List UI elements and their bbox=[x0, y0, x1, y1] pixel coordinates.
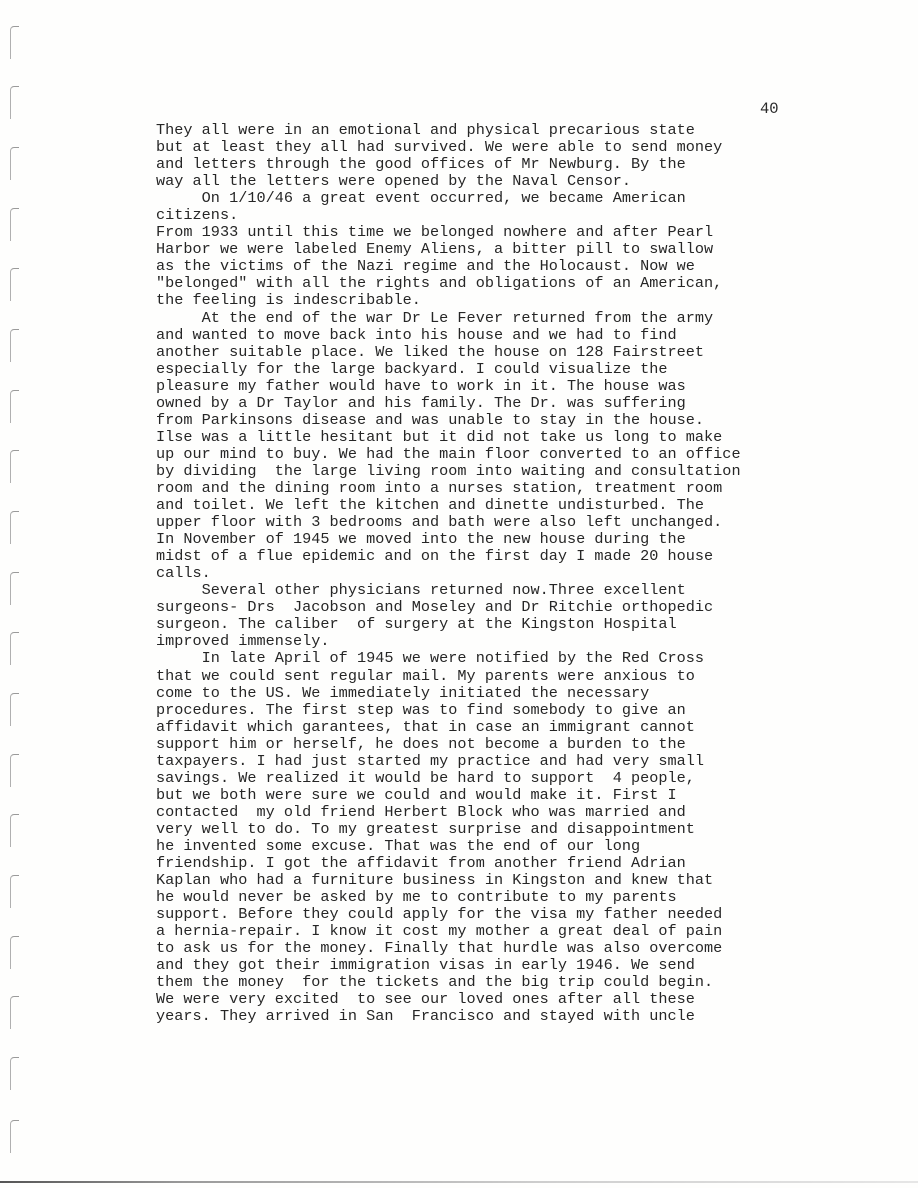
binder-hole-icon bbox=[10, 268, 19, 301]
text-line: that we could sent regular mail. My pare… bbox=[156, 668, 876, 685]
binder-hole-icon bbox=[10, 208, 19, 241]
text-line: room and the dining room into a nurses s… bbox=[156, 480, 876, 497]
text-line: They all were in an emotional and physic… bbox=[156, 122, 876, 139]
binder-hole-icon bbox=[10, 329, 19, 362]
binder-hole-icon bbox=[10, 147, 19, 180]
binder-hole-icon bbox=[10, 450, 19, 483]
text-line: savings. We realized it would be hard to… bbox=[156, 770, 876, 787]
binder-hole-icon bbox=[10, 390, 19, 423]
text-line: them the money for the tickets and the b… bbox=[156, 974, 876, 991]
text-line: citizens. bbox=[156, 207, 876, 224]
binder-hole-icon bbox=[10, 754, 19, 787]
text-line: and letters through the good offices of … bbox=[156, 156, 876, 173]
binder-hole-icon bbox=[10, 875, 19, 908]
text-line: We were very excited to see our loved on… bbox=[156, 991, 876, 1008]
text-line: Several other physicians returned now.Th… bbox=[156, 582, 876, 599]
text-line: but at least they all had survived. We w… bbox=[156, 139, 876, 156]
text-line: procedures. The first step was to find s… bbox=[156, 702, 876, 719]
text-line: upper floor with 3 bedrooms and bath wer… bbox=[156, 514, 876, 531]
document-page: 40 They all were in an emotional and phy… bbox=[0, 0, 918, 1188]
text-line: but we both were sure we could and would… bbox=[156, 787, 876, 804]
text-line: support. Before they could apply for the… bbox=[156, 906, 876, 923]
binder-hole-icon bbox=[10, 1120, 19, 1153]
text-line: years. They arrived in San Francisco and… bbox=[156, 1008, 876, 1025]
text-line: calls. bbox=[156, 565, 876, 582]
binder-hole-icon bbox=[10, 572, 19, 605]
typewritten-body-text: They all were in an emotional and physic… bbox=[156, 122, 876, 1025]
text-line: up our mind to buy. We had the main floo… bbox=[156, 446, 876, 463]
text-line: by dividing the large living room into w… bbox=[156, 463, 876, 480]
binder-hole-icon bbox=[10, 26, 19, 59]
text-line: from Parkinsons disease and was unable t… bbox=[156, 412, 876, 429]
text-line: owned by a Dr Taylor and his family. The… bbox=[156, 395, 876, 412]
text-line: Kaplan who had a furniture business in K… bbox=[156, 872, 876, 889]
text-line: contacted my old friend Herbert Block wh… bbox=[156, 804, 876, 821]
text-line: friendship. I got the affidavit from ano… bbox=[156, 855, 876, 872]
text-line: At the end of the war Dr Le Fever return… bbox=[156, 310, 876, 327]
text-line: come to the US. We immediately initiated… bbox=[156, 685, 876, 702]
text-line: and they got their immigration visas in … bbox=[156, 957, 876, 974]
text-line: and toilet. We left the kitchen and dine… bbox=[156, 497, 876, 514]
text-line: In November of 1945 we moved into the ne… bbox=[156, 531, 876, 548]
binder-hole-icon bbox=[10, 632, 19, 665]
binder-hole-icon bbox=[10, 996, 19, 1029]
text-line: affidavit which garantees, that in case … bbox=[156, 719, 876, 736]
binder-hole-icon bbox=[10, 1057, 19, 1090]
text-line: From 1933 until this time we belonged no… bbox=[156, 224, 876, 241]
text-line: a hernia-repair. I know it cost my mothe… bbox=[156, 923, 876, 940]
binder-hole-icon bbox=[10, 693, 19, 726]
text-line: Ilse was a little hesitant but it did no… bbox=[156, 429, 876, 446]
binder-hole-icon bbox=[10, 511, 19, 544]
text-line: surgeon. The caliber of surgery at the K… bbox=[156, 616, 876, 633]
text-line: the feeling is indescribable. bbox=[156, 292, 876, 309]
text-line: On 1/10/46 a great event occurred, we be… bbox=[156, 190, 876, 207]
binder-hole-icon bbox=[10, 936, 19, 969]
text-line: he invented some excuse. That was the en… bbox=[156, 838, 876, 855]
text-line: In late April of 1945 we were notified b… bbox=[156, 650, 876, 667]
text-line: "belonged" with all the rights and oblig… bbox=[156, 275, 876, 292]
text-line: improved immensely. bbox=[156, 633, 876, 650]
binder-hole-icon bbox=[10, 814, 19, 847]
text-line: pleasure my father would have to work in… bbox=[156, 378, 876, 395]
text-line: support him or herself, he does not beco… bbox=[156, 736, 876, 753]
text-line: especially for the large backyard. I cou… bbox=[156, 361, 876, 378]
text-line: and wanted to move back into his house a… bbox=[156, 327, 876, 344]
text-line: he would never be asked by me to contrib… bbox=[156, 889, 876, 906]
text-line: to ask us for the money. Finally that hu… bbox=[156, 940, 876, 957]
text-line: taxpayers. I had just started my practic… bbox=[156, 753, 876, 770]
text-line: midst of a flue epidemic and on the firs… bbox=[156, 548, 876, 565]
binder-hole-marks bbox=[8, 0, 28, 1188]
text-line: very well to do. To my greatest surprise… bbox=[156, 821, 876, 838]
page-number: 40 bbox=[760, 100, 779, 118]
text-line: as the victims of the Nazi regime and th… bbox=[156, 258, 876, 275]
text-line: surgeons- Drs Jacobson and Moseley and D… bbox=[156, 599, 876, 616]
text-line: way all the letters were opened by the N… bbox=[156, 173, 876, 190]
binder-hole-icon bbox=[10, 86, 19, 119]
text-line: another suitable place. We liked the hou… bbox=[156, 344, 876, 361]
text-line: Harbor we were labeled Enemy Aliens, a b… bbox=[156, 241, 876, 258]
page-bottom-edge bbox=[0, 1181, 918, 1183]
